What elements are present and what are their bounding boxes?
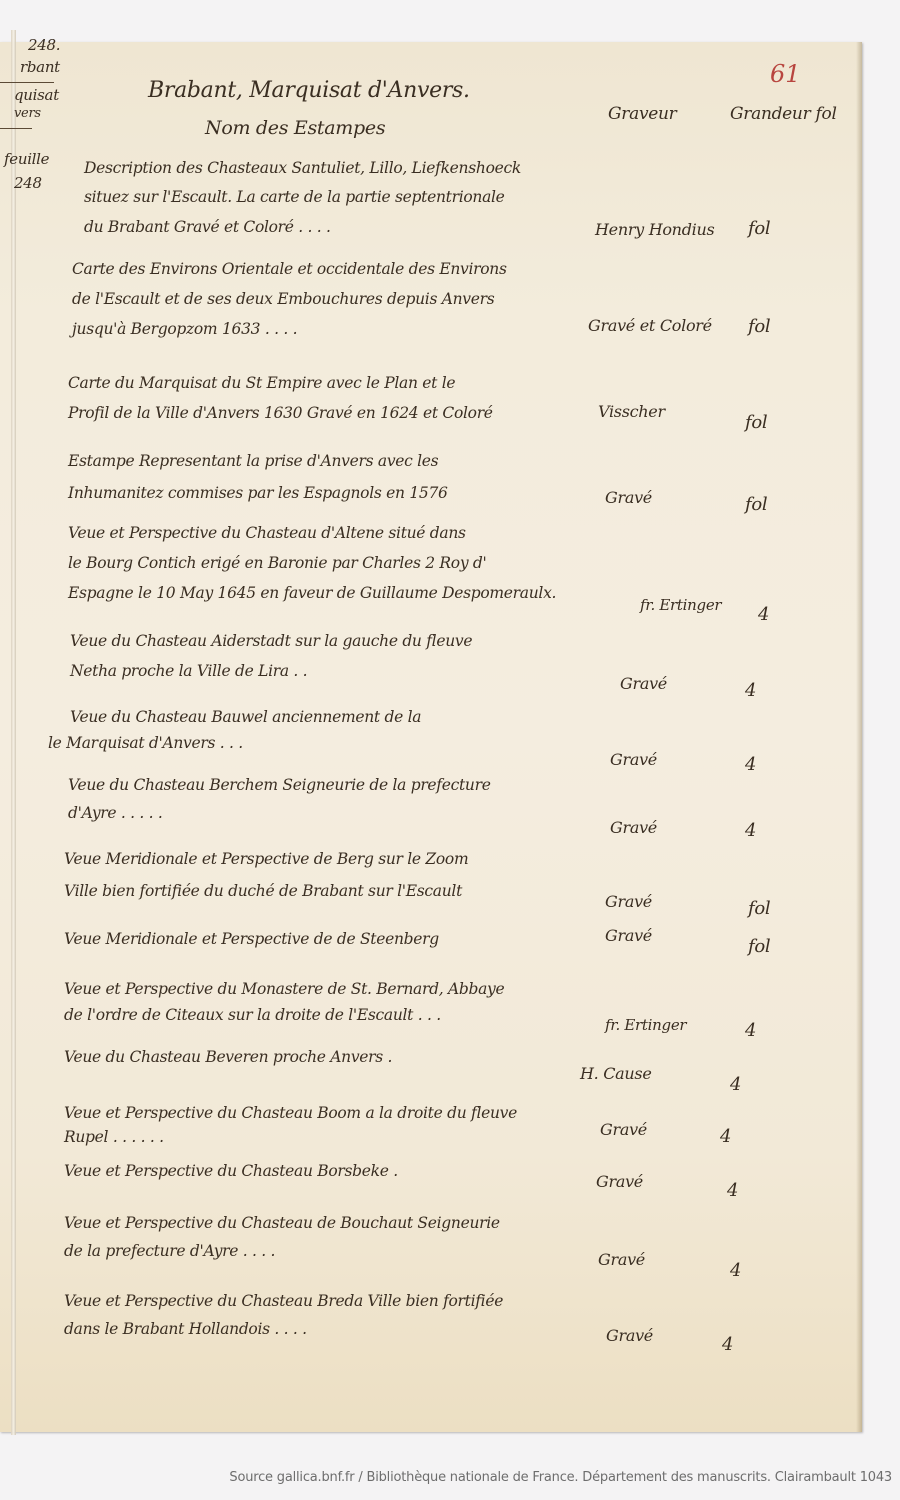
page-title: Brabant, Marquisat d'Anvers.	[148, 78, 470, 103]
entry-size: fol	[745, 412, 767, 433]
entry-line: Veue du Chasteau Beveren proche Anvers .	[64, 1044, 392, 1071]
entry-line: situez sur l'Escault. La carte de la par…	[84, 184, 505, 211]
entry-engraver: Gravé	[598, 1250, 645, 1269]
entry-line: Veue et Perspective du Chasteau Boom a l…	[64, 1100, 517, 1127]
entry-engraver: fr. Ertinger	[605, 1016, 686, 1034]
entry-engraver: Gravé	[600, 1120, 647, 1139]
entry-engraver: Gravé	[605, 926, 652, 945]
entry-size: fol	[745, 494, 767, 515]
entry-line: le Bourg Contich erigé en Baronie par Ch…	[68, 550, 487, 577]
margin-note-line: 248	[14, 174, 42, 192]
margin-rule	[0, 128, 32, 129]
entry-size: fol	[748, 898, 770, 919]
entry-line: Netha proche la Ville de Lira . .	[70, 658, 307, 685]
entry-size: 4	[722, 1334, 733, 1355]
page-fold-strip	[11, 30, 16, 1435]
folio-number: 61	[770, 60, 801, 88]
entry-line: le Marquisat d'Anvers . . .	[48, 730, 243, 757]
entry-engraver: Visscher	[598, 402, 665, 421]
entry-line: Estampe Representant la prise d'Anvers a…	[68, 448, 438, 475]
entry-engraver: H. Cause	[580, 1064, 652, 1083]
entry-line: Profil de la Ville d'Anvers 1630 Gravé e…	[68, 400, 493, 427]
entry-line: Carte du Marquisat du St Empire avec le …	[68, 370, 455, 397]
entry-size: 4	[758, 604, 769, 625]
entry-line: Veue et Perspective du Monastere de St. …	[64, 976, 504, 1003]
entry-line: de l'Escault et de ses deux Embouchures …	[72, 286, 494, 313]
entry-line: Veue et Perspective du Chasteau Borsbeke…	[64, 1158, 398, 1185]
entry-size: 4	[745, 680, 756, 701]
entry-engraver: Gravé	[596, 1172, 643, 1191]
entry-line: Veue Meridionale et Perspective de de St…	[64, 926, 439, 953]
entry-size: 4	[745, 820, 756, 841]
entry-line: jusqu'à Bergopzom 1633 . . . .	[72, 316, 297, 343]
entry-line: Rupel . . . . . .	[64, 1124, 164, 1151]
margin-rule	[0, 82, 54, 83]
entry-size: 4	[720, 1126, 731, 1147]
entry-line: Description des Chasteaux Santuliet, Lil…	[84, 155, 521, 182]
entry-line: Veue et Perspective du Chasteau d'Altene…	[68, 520, 466, 547]
source-credit: Source gallica.bnf.fr / Bibliothèque nat…	[0, 1470, 892, 1485]
entry-size: 4	[730, 1260, 741, 1281]
entry-line: Veue et Perspective du Chasteau Breda Vi…	[64, 1288, 503, 1315]
margin-note-line: vers	[14, 106, 41, 121]
column-header-prints: Nom des Estampes	[205, 117, 385, 139]
entry-engraver: Gravé	[605, 892, 652, 911]
entry-size: 4	[730, 1074, 741, 1095]
margin-note-line: quisat	[14, 86, 59, 104]
column-header-engraver: Graveur	[608, 104, 676, 124]
entry-line: Veue Meridionale et Perspective de Berg …	[64, 846, 468, 873]
entry-line: de la prefecture d'Ayre . . . .	[64, 1238, 275, 1265]
entry-line: Veue du Chasteau Aiderstadt sur la gauch…	[70, 628, 472, 655]
margin-note-line: feuille	[4, 150, 49, 168]
entry-engraver: Gravé	[620, 674, 667, 693]
entry-line: Veue et Perspective du Chasteau de Bouch…	[64, 1210, 500, 1237]
entry-line: Inhumanitez commises par les Espagnols e…	[68, 480, 448, 507]
entry-line: d'Ayre . . . . .	[68, 800, 163, 827]
margin-note-line: 248.	[28, 36, 60, 54]
entry-engraver: Henry Hondius	[595, 220, 714, 239]
entry-engraver: Gravé	[606, 1326, 653, 1345]
column-header-size: Grandeur fol	[730, 104, 837, 124]
entry-size: fol	[748, 316, 770, 337]
entry-line: Carte des Environs Orientale et occident…	[72, 256, 507, 283]
entry-engraver: Gravé	[605, 488, 652, 507]
entry-size: 4	[727, 1180, 738, 1201]
entry-line: Espagne le 10 May 1645 en faveur de Guil…	[68, 580, 556, 607]
entry-size: 4	[745, 1020, 756, 1041]
entry-size: fol	[748, 218, 770, 239]
entry-line: dans le Brabant Hollandois . . . .	[64, 1316, 307, 1343]
entry-engraver: Gravé	[610, 750, 657, 769]
margin-note-line: rbant	[20, 58, 60, 76]
entry-line: Veue du Chasteau Berchem Seigneurie de l…	[68, 772, 491, 799]
entry-line: Ville bien fortifiée du duché de Brabant…	[64, 878, 462, 905]
entry-size: fol	[748, 936, 770, 957]
entry-line: du Brabant Gravé et Coloré . . . .	[84, 214, 331, 241]
entry-line: de l'ordre de Citeaux sur la droite de l…	[64, 1002, 441, 1029]
entry-engraver: Gravé et Coloré	[588, 316, 712, 335]
entry-line: Veue du Chasteau Bauwel anciennement de …	[70, 704, 421, 731]
entry-engraver: fr. Ertinger	[640, 596, 721, 614]
entry-engraver: Gravé	[610, 818, 657, 837]
entry-size: 4	[745, 754, 756, 775]
